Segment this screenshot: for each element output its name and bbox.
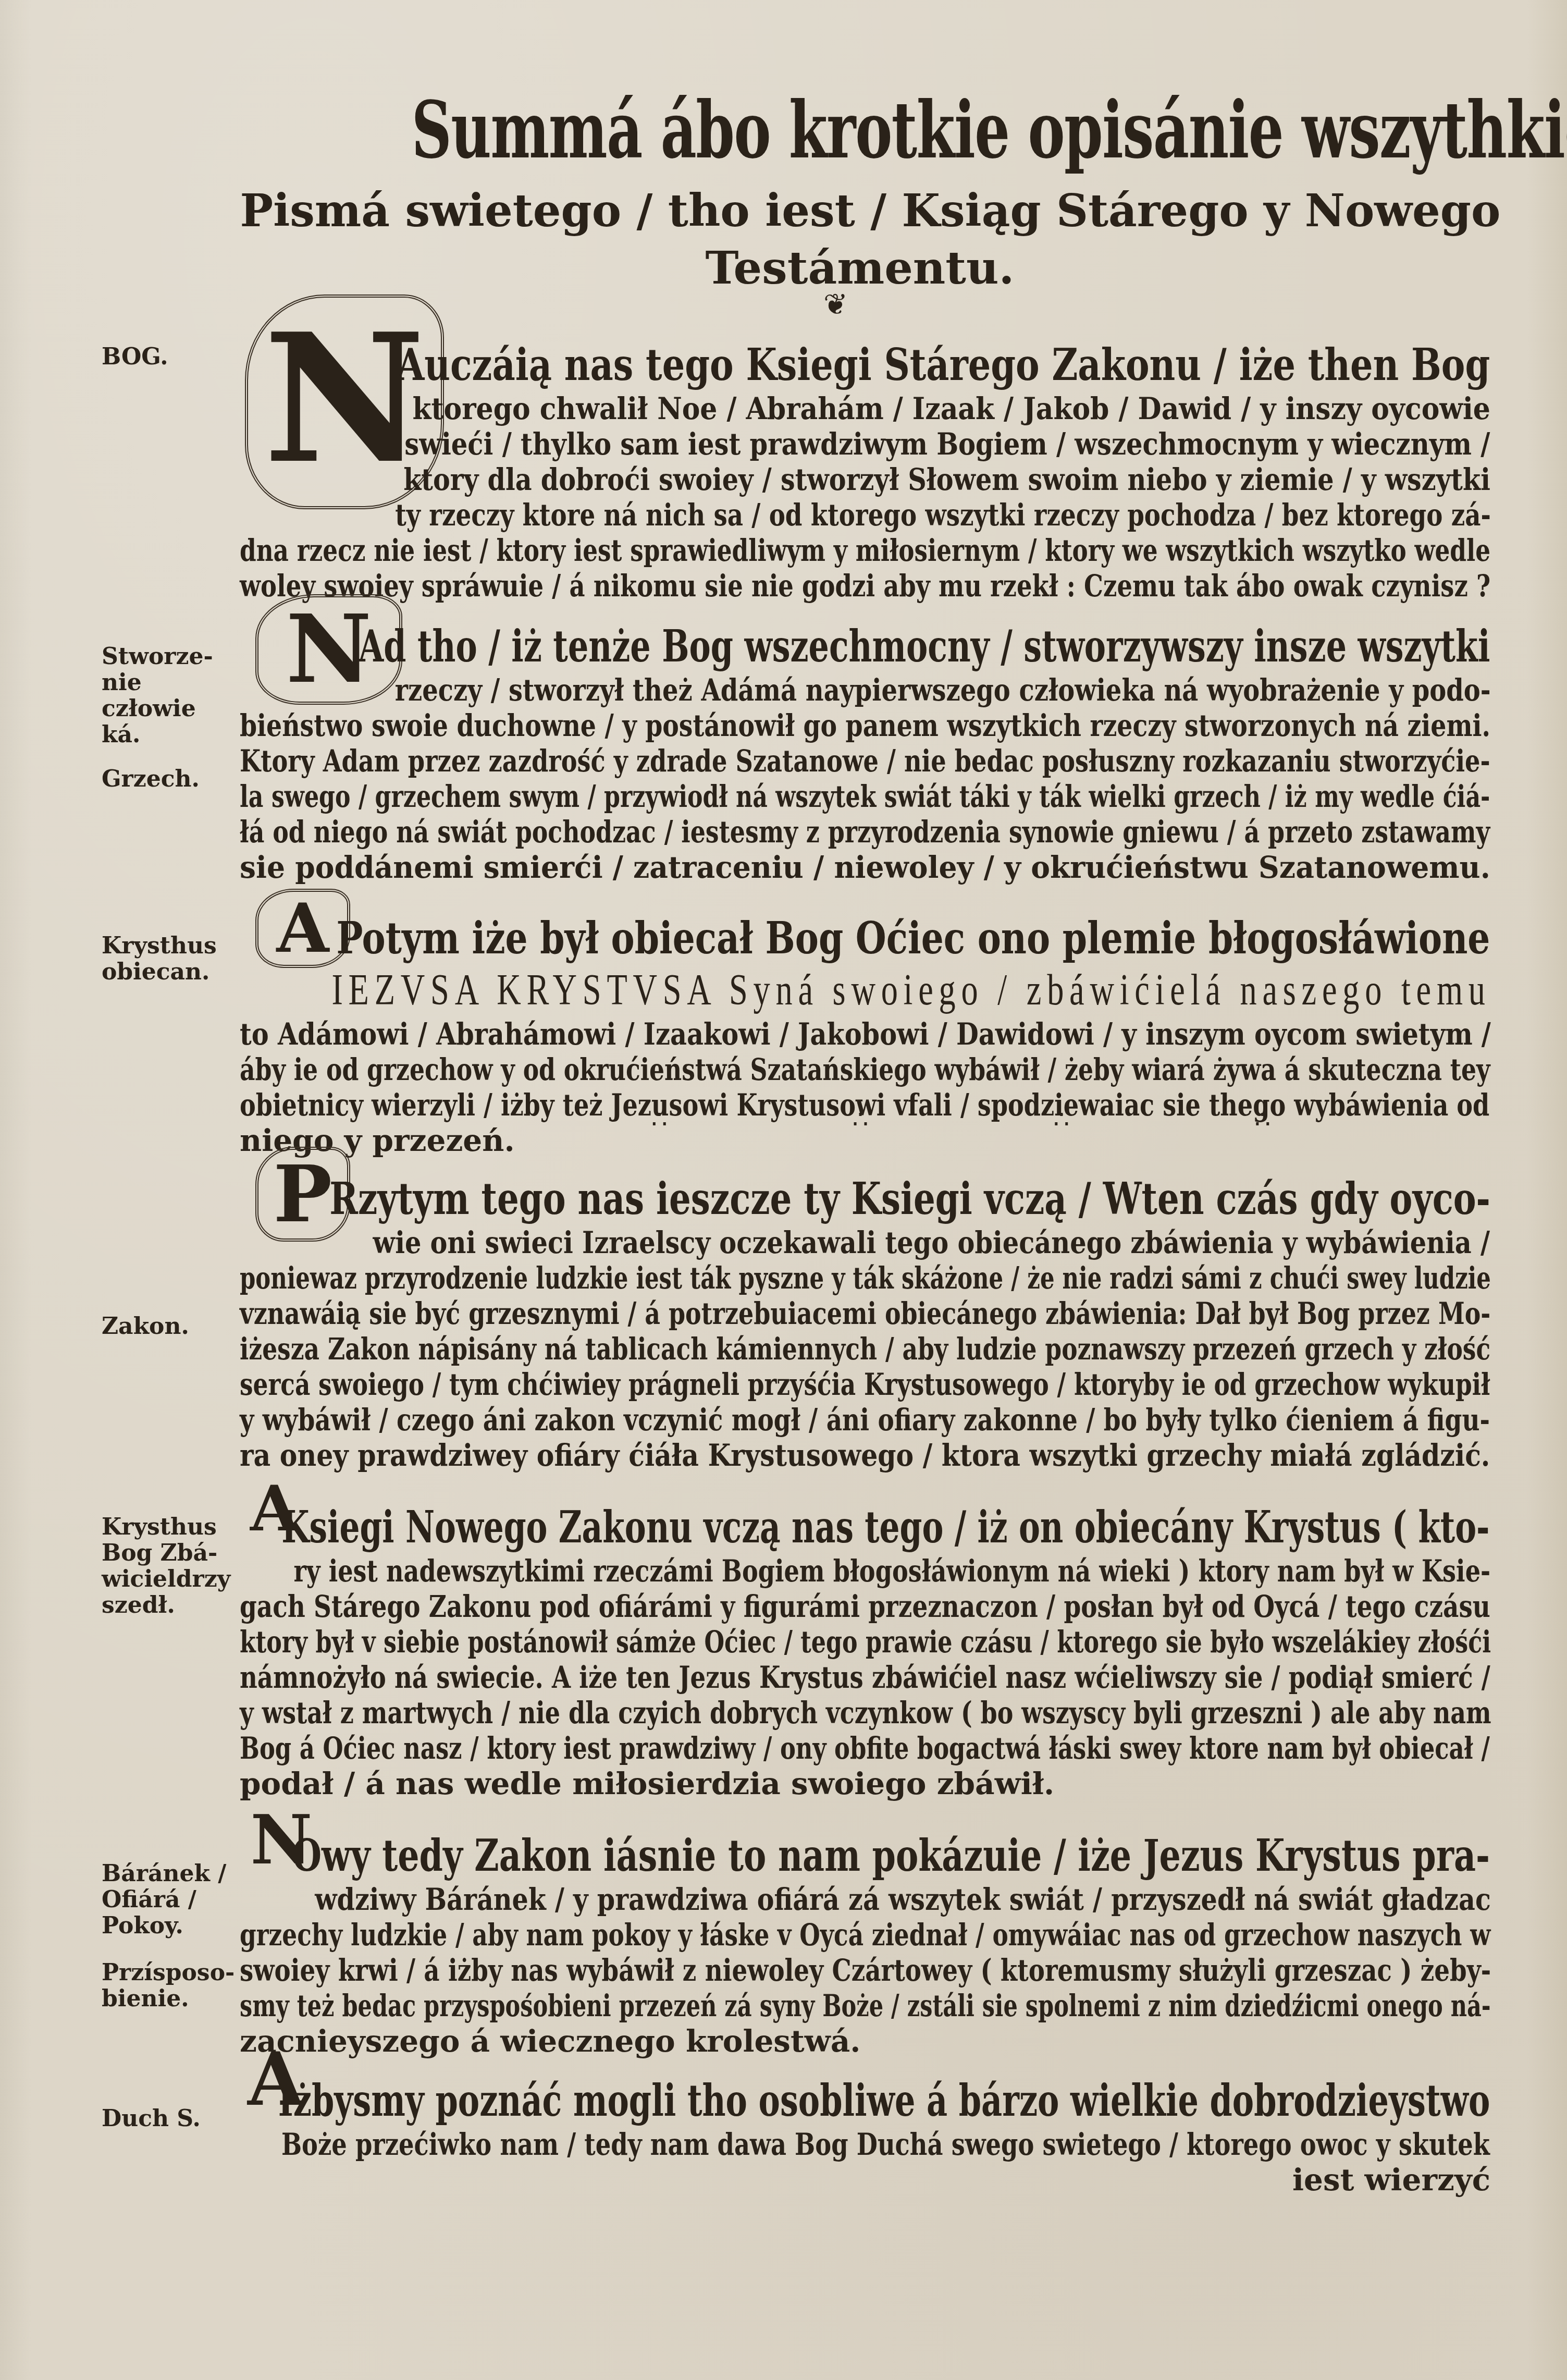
text-line: smy też bedac przyspośobieni przezeń zá … bbox=[240, 1988, 1168, 2023]
text-line: sie poddánemi smierći / zatraceniu / nie… bbox=[240, 850, 1428, 885]
text-line: podał / á nas wedle miłosierdzia swoiego… bbox=[240, 1766, 1490, 1801]
text-line: ty rzeczy ktore ná nich sa / od ktorego … bbox=[240, 497, 1248, 533]
margin-note-krysthus-obiecan: Krysthus obiecan. bbox=[102, 933, 227, 985]
text-line: iżesza Zakon nápisány ná tablicach kámie… bbox=[240, 1331, 1221, 1367]
text-line: łá od niego ná swiát pochodzac / iestesm… bbox=[240, 814, 1228, 850]
fleuron-icon: ❦ bbox=[823, 289, 848, 321]
text-line: Ksiegi Nowego Zakonu vczą nas tego / iż … bbox=[240, 1501, 1153, 1553]
text-line: Ad tho / iż tenże Bog wszechmocny / stwo… bbox=[240, 620, 1160, 672]
text-line: Bog á Oćiec nasz / ktory iest prawdziwy … bbox=[240, 1731, 1206, 1766]
text-line: ktory był v siebie postánowił sámże Oćie… bbox=[240, 1624, 1196, 1660]
text-line: y wstał z martwych / nie dla czyich dobr… bbox=[240, 1695, 1230, 1731]
text-line: rzeczy / stworzył theż Adámá naypierwsze… bbox=[240, 672, 1274, 708]
text-line: bieństwo swoie duchowne / y postánowił g… bbox=[240, 708, 1260, 743]
margin-note-grzech: Grzech. bbox=[102, 766, 227, 792]
text-line: grzechy ludzkie / aby nam pokoy y łáske … bbox=[240, 1917, 1218, 1953]
text-line: y wybáwił / czego áni zakon vczynić mogł… bbox=[240, 1402, 1253, 1438]
title-line-3: Testámentu. bbox=[229, 240, 1490, 297]
text-line: swoiey krwi / á iżby nas wybáwił z niewo… bbox=[240, 1953, 1248, 1988]
margin-note-przisposobienie: Przísposo- bienie. bbox=[102, 1960, 227, 2012]
text-line: zacnieyszego á wiecznego krolestwá. bbox=[240, 2023, 1490, 2059]
title-block: Summá ábo krotkie opisánie wszythkiego P… bbox=[229, 78, 1490, 297]
text-line: námnożyło ná swiecie. A iże ten Jezus Kr… bbox=[240, 1660, 1244, 1695]
text-line: Owy tedy Zakon iásnie to nam pokázuie / … bbox=[240, 1830, 1206, 1882]
margin-note-zakon: Zakon. bbox=[102, 1314, 227, 1340]
paragraph-1: Auczáią nas tego Ksiegi Stárego Zakonu /… bbox=[240, 339, 1490, 604]
text-line: ry iest nadewszytkimi rzeczámi Bogiem bł… bbox=[240, 1553, 1235, 1589]
text-line: Ktory Adam przez zazdrość y zdrade Szata… bbox=[240, 743, 1237, 779]
paragraph-2: Ad tho / iż tenże Bog wszechmocny / stwo… bbox=[240, 620, 1490, 885]
text-line: gach Stárego Zakonu pod ofiárámi y figur… bbox=[240, 1589, 1250, 1624]
text-line: sercá swoiego / tym chćiwiey prágneli pr… bbox=[240, 1367, 1218, 1402]
margin-note-stworzenie: Stworze- nie człowie ká. bbox=[102, 644, 227, 748]
title-line-1: Summá ábo krotkie opisánie wszythkiego bbox=[412, 78, 1309, 182]
text-line: to Adámowi / Abrahámowi / Izaakowi / Jak… bbox=[240, 1016, 1305, 1052]
text-line: ktorego chwalił Noe / Abrahám / Izaak / … bbox=[240, 391, 1360, 426]
text-line: Boże przećiwko nam / tedy nam dawa Bog D… bbox=[240, 2127, 1239, 2162]
title-line-2: Pismá swietego / tho iest / Ksiąg Stáreg… bbox=[240, 182, 1480, 240]
text-line: ktory dla dobroći swoiey / stworzył Słow… bbox=[240, 462, 1302, 497]
text-line: poniewaz przyrodzenie ludzkie iest ták p… bbox=[240, 1260, 1175, 1296]
text-line: IEZVSA KRYSTVSA Syná swoiego / zbáwićiel… bbox=[240, 964, 1199, 1016]
text-line: ra oney prawdziwey ofiáry ćiáła Krystuso… bbox=[240, 1438, 1328, 1473]
margin-note-bog: BOG. bbox=[102, 344, 227, 370]
margin-note-duch: Duch S. bbox=[102, 2106, 227, 2132]
document-page: Summá ábo krotkie opisánie wszythkiego P… bbox=[0, 0, 1567, 2380]
text-line: la swego / grzechem swym / przywiodł ná … bbox=[240, 779, 1194, 814]
ornament-dots-icon: ∴ ∴ ∴ ∴ bbox=[651, 1105, 1359, 1134]
paragraph-6: Owy tedy Zakon iásnie to nam pokázuie / … bbox=[240, 1830, 1490, 2059]
margin-note-baranek: Báránek / Ofiárá / Pokoy. bbox=[102, 1861, 227, 1939]
paragraph-7: Iżbysmy poznáć mogli tho osobliwe á bárz… bbox=[240, 2075, 1490, 2198]
text-line: dna rzecz nie iest / ktory iest sprawied… bbox=[240, 533, 1216, 568]
margin-note-krysthus-zbawiciel: Krysthus Bog Zbá- wicieldrzy szedł. bbox=[102, 1514, 227, 1618]
text-line: áby ie od grzechow y od okrućieństwá Sza… bbox=[240, 1052, 1223, 1087]
paragraph-5: Ksiegi Nowego Zakonu vczą nas tego / iż … bbox=[240, 1501, 1490, 1801]
text-line: Potym iże był obiecał Bog Oćiec ono plem… bbox=[240, 912, 1248, 964]
text-line: Iżbysmy poznáć mogli tho osobliwe á bárz… bbox=[240, 2075, 1163, 2127]
text-line: wdziwy Báránek / y prawdziwa ofiárá zá w… bbox=[240, 1882, 1300, 1917]
text-line: Rzytym tego nas ieszcze ty Ksiegi vczą /… bbox=[240, 1173, 1219, 1225]
text-line: vznawáią sie być grzesznymi / á potrzebu… bbox=[240, 1296, 1229, 1331]
text-line: iest wierzyć bbox=[240, 2162, 1490, 2198]
text-line: swieći / thylko sam iest prawdziwym Bogi… bbox=[240, 426, 1309, 462]
paragraph-4: Rzytym tego nas ieszcze ty Ksiegi vczą /… bbox=[240, 1173, 1490, 1473]
text-line: Auczáią nas tego Ksiegi Stárego Zakonu /… bbox=[240, 339, 1258, 391]
text-line: wie oni swieci Izraelscy oczekawali tego… bbox=[240, 1225, 1305, 1260]
